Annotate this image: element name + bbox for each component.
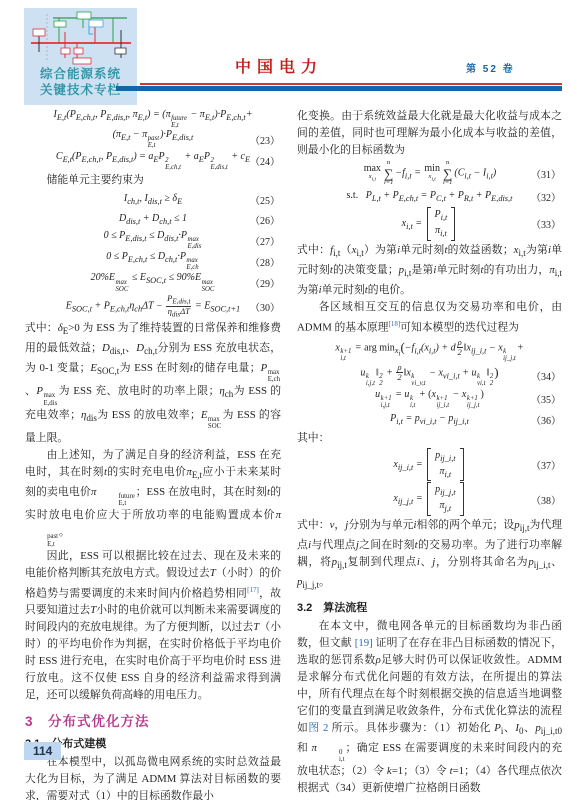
badge-title-line2: 关键技术专栏 xyxy=(40,82,121,98)
paragraph-among: 其中： xyxy=(297,430,562,447)
equation-26: Ddis,t + Dch,t ≤ 1 （26） xyxy=(25,210,281,229)
paragraph-where-f: 式中：fi,t（xi,t）为第i单元时刻t的效益函数；xi,t为第i单元时刻t的… xyxy=(297,242,562,299)
eq-number-32: （32） xyxy=(531,189,561,204)
paragraph-algorithm: 在本文中，微电网各单元的目标函数均为非凸函数，但文献 [19] 证明了在存在非凸… xyxy=(297,618,562,797)
equation-34: xk+1i,t = arg minxi(−fi,t(xi,t) + dρ2‖xi… xyxy=(297,338,562,388)
paragraph-therefore: 因此，ESS 可以根据比较在过去、现在及未来的电能价格判断其充放电方式。假设过去… xyxy=(25,548,281,705)
eq-number-25: （25） xyxy=(250,192,280,207)
paragraph-model-intro: 在本模型中，以孤岛微电网系统的实时总效益最大化为目标，为了满足 ADMM 算法对… xyxy=(25,754,281,800)
eq-number-31: （31） xyxy=(531,166,561,181)
journal-title: 中国电力 xyxy=(235,54,323,77)
equation-25: Ich,t, Idis,t ≥ δE （25） xyxy=(25,190,281,209)
eq-number-30: （30） xyxy=(250,299,280,314)
volume-label: 第 52 卷 xyxy=(466,60,515,75)
equation-24: CE,t(PE,ch,t, PE,dis,t) = aEP2E,ch,t + a… xyxy=(25,151,281,171)
paragraph-from-above: 由上述知，为了满足自身的经济利益，ESS 在充电时，其在时刻t的实时充电电价πE… xyxy=(25,447,281,548)
eq-number-24: （24） xyxy=(250,153,280,168)
equation-33: xi,t = Pi,tπi,t （33） xyxy=(297,207,562,241)
equation-27: 0 ≤ PE,dis,t ≤ Ddis,t·PmaxE,dis （27） xyxy=(25,230,281,250)
eq-number-34: （34） xyxy=(531,368,561,383)
equation-35: uk+1i,j,t = uki,t + (xk+1ij_i,t − xk+1ij… xyxy=(297,389,562,409)
equation-38: xij_j,t = pij_j,tπj,t （38） xyxy=(297,482,562,516)
page-number: 114 xyxy=(24,742,61,760)
page-body: IE,t(PE,ch,t, PE,dis,t, πE,t) = (πfuture… xyxy=(25,108,562,800)
eq-number-29: （29） xyxy=(250,275,280,290)
eq-number-37: （37） xyxy=(531,457,561,472)
left-column: IE,t(PE,ch,t, PE,dis,t, πE,t) = (πfuture… xyxy=(25,108,281,800)
energy-system-diagram-icon xyxy=(27,10,134,66)
badge-title-line1: 综合能源系统 xyxy=(40,66,121,82)
eq-number-38: （38） xyxy=(531,492,561,507)
eq-number-36: （36） xyxy=(531,412,561,427)
paragraph-where-v: 式中：v，j分别为与单元i相邻的两个单元；设pij,t为代理点i与代理点j之间在… xyxy=(297,517,562,594)
section-3-heading: 3 分布式优化方法 xyxy=(25,710,281,730)
subsection-31-heading: 3.1 分布式建模 xyxy=(25,735,281,751)
equation-37: xij_i,t = pij_i,tπi,t （37） xyxy=(297,448,562,482)
equation-31: maxxi,tn∑i=1−fi,t = minxi,tn∑i=1(Ci,t − … xyxy=(297,160,562,186)
equation-32: s.t. PL,t + PE,ch,t = PC,t + PR,t + PE,d… xyxy=(297,187,562,206)
paragraph-where-ess: 式中：δE>0 为 ESS 为了维持装置的日常保养和维修费用的最低效益；Ddis… xyxy=(25,320,281,447)
header-rule-blue xyxy=(116,86,562,91)
equation-28: 0 ≤ PE,ch,t ≤ Dch,t·PmaxE,ch （28） xyxy=(25,251,281,271)
equation-36: Pi,t = pvi_i,t − pij_i,t （36） xyxy=(297,410,562,429)
header-rule-red xyxy=(140,83,562,85)
subsection-32-heading: 3.2 算法流程 xyxy=(297,599,562,615)
equation-23: IE,t(PE,ch,t, PE,dis,t, πE,t) = (πfuture… xyxy=(25,109,281,150)
eq-number-33: （33） xyxy=(531,216,561,231)
paragraph-constraints-intro: 储能单元主要约束为 xyxy=(25,172,281,189)
eq-number-26: （26） xyxy=(250,212,280,227)
journal-page: 综合能源系统 关键技术专栏 中国电力 第 52 卷 IE,t(PE,ch,t, … xyxy=(0,0,570,800)
eq-number-28: （28） xyxy=(250,254,280,269)
eq-number-35: （35） xyxy=(531,391,561,406)
equation-29: 20%EmaxSOC ≤ ESOC,t ≤ 90%EmaxSOC （29） xyxy=(25,272,281,292)
eq-number-23: （23） xyxy=(250,132,280,147)
eq-number-27: （27） xyxy=(250,233,280,248)
paragraph-regions: 各区域相互交互的信息仅为交易功率和电价，由 ADMM 的基本原理[18]可知本模… xyxy=(297,299,562,337)
right-column: 化变换。由于系统效益最大化就是最大化收益与成本之间的差值，同时也可理解为最小化成… xyxy=(297,108,562,800)
paragraph-transform: 化变换。由于系统效益最大化就是最大化收益与成本之间的差值，同时也可理解为最小化成… xyxy=(297,108,562,159)
equation-30: ESOC,t + PE,ch,tηchΔT − PE,dis,tηdisΔT =… xyxy=(25,294,281,319)
